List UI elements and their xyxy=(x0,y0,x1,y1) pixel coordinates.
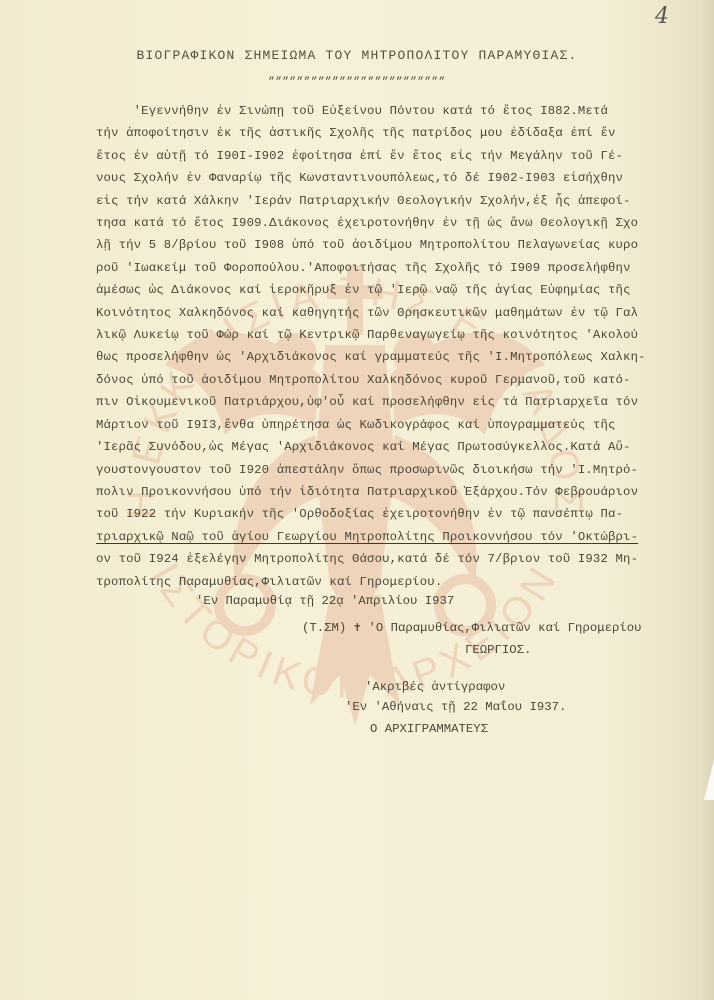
body-line: Μάρτιον τοῦ Ι9Ι3,ἔνθα ὑπηρέτησα ὡς Κωδικ… xyxy=(96,414,706,436)
place-date: 'Εν Παραμυθίᾳ τῇ 22ᾳ 'Απριλίου Ι937 xyxy=(196,594,454,608)
biography-body: 'Εγεννήθην ἐν Σινώπῃ τοῦ Εὐξείνου Πόντου… xyxy=(96,100,706,593)
body-line: πολιν Προικοννήσου ὑπό τήν ἰδιότητα Πατρ… xyxy=(96,481,706,503)
body-line: δόνος ὑπό τοῦ ἀοιδίμου Μητροπολίτου Χαλκ… xyxy=(96,369,706,391)
body-line: τροπολίτης Παραμυθίας,Φιλιατῶν καί Γηρομ… xyxy=(96,571,706,593)
body-line: 'Εγεννήθην ἐν Σινώπῃ τοῦ Εὐξείνου Πόντου… xyxy=(96,100,706,122)
body-line: ροῦ 'Ιωακείμ τοῦ Φοροπούλου.'Αποφοιτήσας… xyxy=(96,257,706,279)
certifier-title: Ο ΑΡΧΙΓΡΑΜΜΑΤΕΥΣ xyxy=(370,722,488,736)
document-title: ΒΙΟΓΡΑΦΙΚΟΝ ΣΗΜΕΙΩΜΑ ΤΟΥ ΜΗΤΡΟΠΟΛΙΤΟΥ ΠΑ… xyxy=(0,48,714,63)
body-line: ἔτος ἐν αὐτῇ τό Ι90Ι-Ι902 ἐφοίτησα ἐπί ἕ… xyxy=(96,145,706,167)
body-line: πιν Οἰκουμενικοῦ Πατριάρχου,ὑφ'οὗ καί πρ… xyxy=(96,391,706,413)
title-underline: „„„„„„„„„„„„„„„„„„„„„„„„„ xyxy=(0,70,714,82)
body-line: τοῦ Ι922 τήν Κυριακήν τῆς 'Ορθοδοξίας ἐχ… xyxy=(96,503,706,525)
seal-signature: (Τ.ΣΜ) ✝ 'Ο Παραμυθίας,Φιλιατῶν καί Γηρο… xyxy=(302,620,641,635)
body-line-underlined: τριαρχικῷ Ναῷ τοῦ ἁγίου Γεωργίου Μητροπο… xyxy=(96,526,706,548)
certification-place-date: 'Εν 'Αθήναις τῇ 22 Μαΐου Ι937. xyxy=(345,700,566,714)
body-line: 'Ιερᾶς Συνόδου,ὡς Μέγας 'Αρχιδιάκονος κα… xyxy=(96,436,706,458)
body-line: θως προσελήφθην ὡς 'Αρχιδιάκονος καί γρα… xyxy=(96,346,706,368)
signatory-name: ΓΕΩΡΓΙΟΣ. xyxy=(465,643,531,657)
body-line: λικῷ Λυκείῳ τοῦ Φώρ καί τῷ Κεντρικῷ Παρθ… xyxy=(96,324,706,346)
body-line: τησα κατά τό ἔτος Ι909.Διάκονος ἐχειροτο… xyxy=(96,212,706,234)
body-line: Κοινότητος Χαλκηδόνος καί καθηγητής τῶν … xyxy=(96,302,706,324)
certification-label: 'Ακριβές ἀντίγραφον xyxy=(365,680,505,694)
body-line: τήν ἀποφοίτησιν ἐκ τῆς ἀστικῆς Σχολῆς τῆ… xyxy=(96,122,706,144)
page-number: 4 xyxy=(655,4,669,29)
body-line: γουστονγουστον τοῦ Ι920 ἀπεστάλην ὅπως π… xyxy=(96,459,706,481)
body-line: ον τοῦ Ι924 ἐξελέγην Μητροπολίτης Θάσου,… xyxy=(96,548,706,570)
body-line: λῇ τήν 5 8/βρίου τοῦ Ι908 ὑπό τοῦ ἀοιδίμ… xyxy=(96,234,706,256)
body-line: ἀμέσως ὡς Διάκονος καί ἱεροκῆρυξ ἐν τῷ '… xyxy=(96,279,706,301)
body-line: εἰς τήν κατά Χάλκην 'Ιεράν Πατριαρχικήν … xyxy=(96,190,706,212)
body-line: νους Σχολήν ἐν Φαναρίῳ τῆς Κωνσταντινουπ… xyxy=(96,167,706,189)
